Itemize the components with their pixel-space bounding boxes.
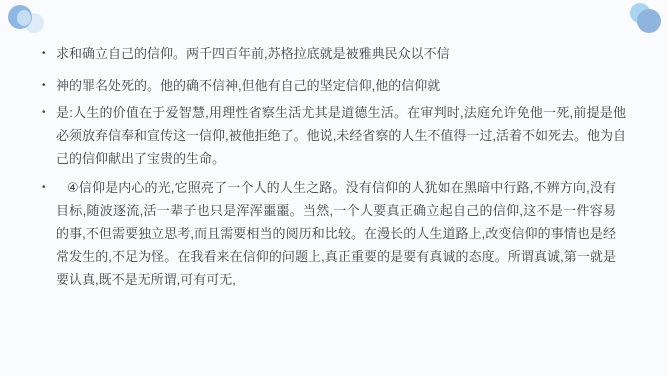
- bullet-item-3: 是:人生的价值在于爱智慧,用理性省察生活尤其是道德生活。在审判时,法庭允许免他一…: [42, 101, 626, 170]
- circle-icon: [637, 9, 661, 33]
- bullet-list: 求和确立自己的信仰。两千四百年前,苏格拉底就是被雅典民众以不信 神的罪名处死的。…: [42, 42, 626, 291]
- slide-body: 求和确立自己的信仰。两千四百年前,苏格拉底就是被雅典民众以不信 神的罪名处死的。…: [42, 42, 626, 291]
- decoration-circles-top-left: [8, 5, 42, 35]
- slide: 求和确立自己的信仰。两千四百年前,苏格拉底就是被雅典民众以不信 神的罪名处死的。…: [0, 0, 668, 376]
- bullet-item-1: 求和确立自己的信仰。两千四百年前,苏格拉底就是被雅典民众以不信: [42, 42, 626, 65]
- bullet-item-2: 神的罪名处死的。他的确不信神,但他有自己的坚定信仰,他的信仰就: [42, 74, 626, 97]
- circle-icon: [17, 10, 31, 26]
- bullet-item-4-highlighted: ④信仰是内心的光,它照亮了一个人的人生之路。没有信仰的人犹如在黑暗中行路,不辨方…: [42, 176, 616, 291]
- decoration-circles-top-right: [628, 3, 664, 35]
